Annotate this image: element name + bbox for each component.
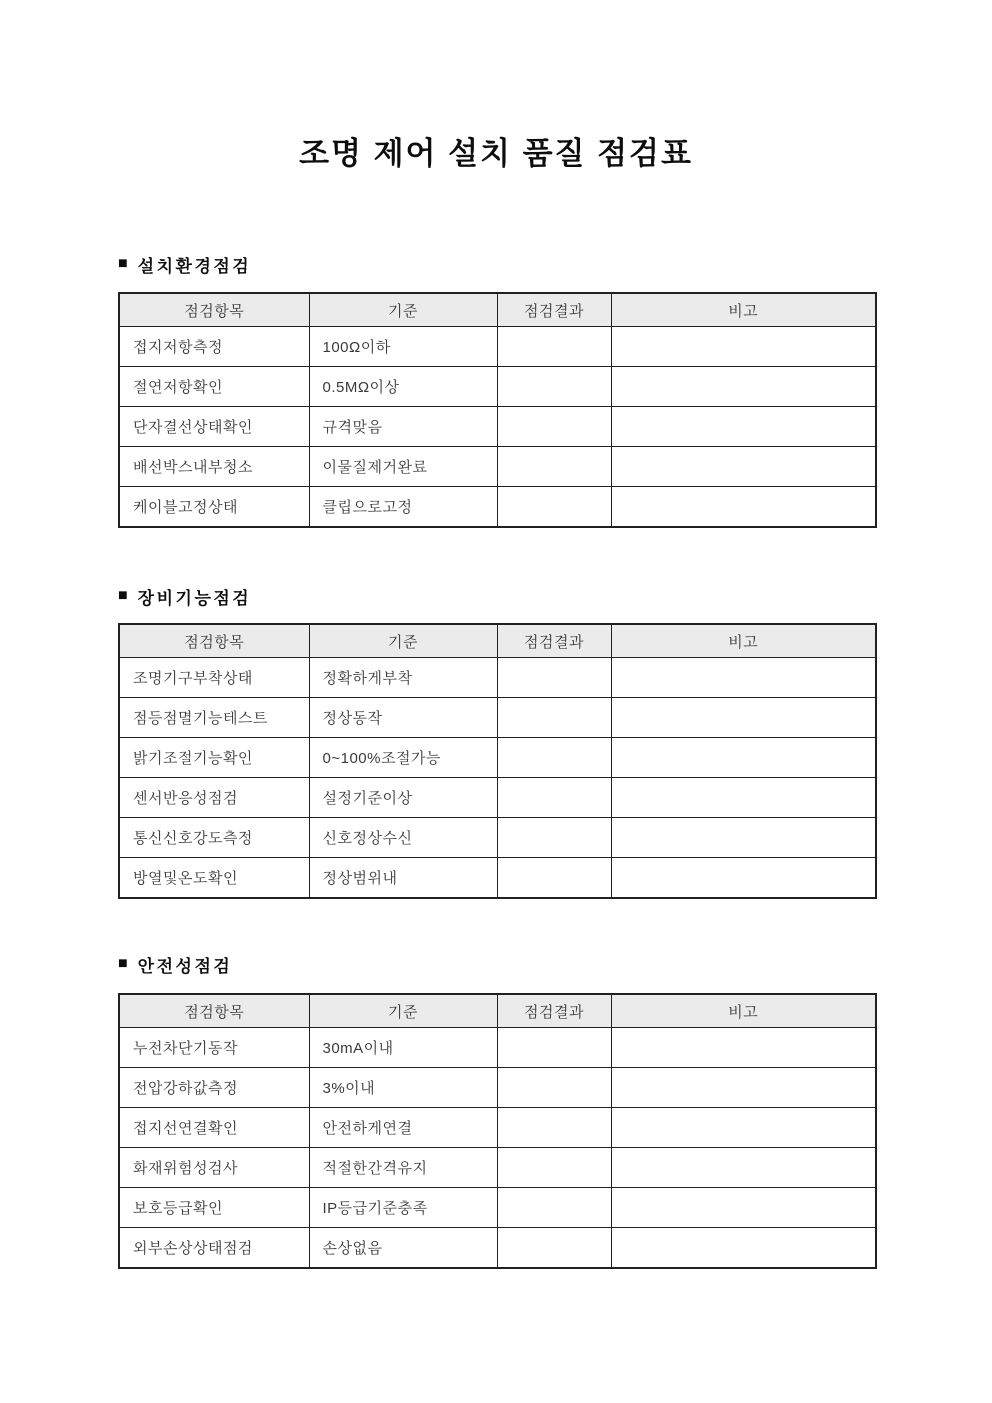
cell-note bbox=[611, 487, 876, 528]
table-row: 화재위험성검사적절한간격유지 bbox=[119, 1148, 876, 1188]
cell-item: 케이블고정상태 bbox=[119, 487, 309, 528]
table-row: 케이블고정상태클립으로고정 bbox=[119, 487, 876, 528]
page-title: 조명 제어 설치 품질 점검표 bbox=[0, 133, 992, 175]
cell-standard: 100Ω이하 bbox=[309, 327, 497, 367]
table-row: 점등점멸기능테스트정상동작 bbox=[119, 698, 876, 738]
cell-standard: 정확하게부착 bbox=[309, 658, 497, 698]
section-bullet-icon: ■ bbox=[118, 956, 128, 972]
table-row: 배선박스내부청소이물질제거완료 bbox=[119, 447, 876, 487]
header-note: 비고 bbox=[611, 994, 876, 1028]
document-page: 조명 제어 설치 품질 점검표 ■설치환경점검점검항목기준점검결과비고접지저항측… bbox=[0, 0, 992, 1403]
table-row: 전압강하값측정3%이내 bbox=[119, 1068, 876, 1108]
cell-result bbox=[497, 818, 611, 858]
cell-item: 단자결선상태확인 bbox=[119, 407, 309, 447]
cell-result bbox=[497, 1108, 611, 1148]
cell-note bbox=[611, 1028, 876, 1068]
section-heading: ■안전성점검 bbox=[118, 952, 876, 976]
cell-standard: 0~100%조절가능 bbox=[309, 738, 497, 778]
cell-note bbox=[611, 1068, 876, 1108]
cell-standard: 설정기준이상 bbox=[309, 778, 497, 818]
cell-result bbox=[497, 738, 611, 778]
cell-result bbox=[497, 1148, 611, 1188]
section-heading: ■설치환경점검 bbox=[118, 252, 876, 276]
table-row: 접지선연결확인안전하게연결 bbox=[119, 1108, 876, 1148]
cell-note bbox=[611, 1228, 876, 1269]
cell-standard: 이물질제거완료 bbox=[309, 447, 497, 487]
cell-item: 밝기조절기능확인 bbox=[119, 738, 309, 778]
cell-standard: 정상동작 bbox=[309, 698, 497, 738]
cell-standard: 손상없음 bbox=[309, 1228, 497, 1269]
cell-note bbox=[611, 698, 876, 738]
table-row: 외부손상상태점검손상없음 bbox=[119, 1228, 876, 1269]
cell-result bbox=[497, 1228, 611, 1269]
checklist-section: ■안전성점검점검항목기준점검결과비고누전차단기동작30mA이내전압강하값측정3%… bbox=[118, 952, 876, 1269]
cell-standard: 3%이내 bbox=[309, 1068, 497, 1108]
table-row: 보호등급확인IP등급기준충족 bbox=[119, 1188, 876, 1228]
cell-note bbox=[611, 858, 876, 899]
cell-item: 접지선연결확인 bbox=[119, 1108, 309, 1148]
cell-standard: IP등급기준충족 bbox=[309, 1188, 497, 1228]
table-row: 센서반응성점검설정기준이상 bbox=[119, 778, 876, 818]
header-standard: 기준 bbox=[309, 624, 497, 658]
cell-standard: 정상범위내 bbox=[309, 858, 497, 899]
cell-result bbox=[497, 778, 611, 818]
cell-result bbox=[497, 698, 611, 738]
header-result: 점검결과 bbox=[497, 293, 611, 327]
cell-item: 방열및온도확인 bbox=[119, 858, 309, 899]
cell-item: 전압강하값측정 bbox=[119, 1068, 309, 1108]
checklist-table: 점검항목기준점검결과비고조명기구부착상태정확하게부착점등점멸기능테스트정상동작밝… bbox=[118, 623, 877, 899]
cell-standard: 30mA이내 bbox=[309, 1028, 497, 1068]
cell-result bbox=[497, 1188, 611, 1228]
header-result: 점검결과 bbox=[497, 624, 611, 658]
table-row: 단자결선상태확인규격맞음 bbox=[119, 407, 876, 447]
cell-item: 점등점멸기능테스트 bbox=[119, 698, 309, 738]
cell-result bbox=[497, 487, 611, 528]
table-row: 누전차단기동작30mA이내 bbox=[119, 1028, 876, 1068]
cell-standard: 신호정상수신 bbox=[309, 818, 497, 858]
cell-note bbox=[611, 818, 876, 858]
cell-result bbox=[497, 447, 611, 487]
header-item: 점검항목 bbox=[119, 624, 309, 658]
cell-item: 화재위험성검사 bbox=[119, 1148, 309, 1188]
section-bullet-icon: ■ bbox=[118, 256, 128, 272]
cell-standard: 안전하게연결 bbox=[309, 1108, 497, 1148]
cell-item: 센서반응성점검 bbox=[119, 778, 309, 818]
header-note: 비고 bbox=[611, 624, 876, 658]
cell-standard: 규격맞음 bbox=[309, 407, 497, 447]
cell-item: 조명기구부착상태 bbox=[119, 658, 309, 698]
table-header-row: 점검항목기준점검결과비고 bbox=[119, 624, 876, 658]
cell-note bbox=[611, 658, 876, 698]
table-row: 밝기조절기능확인0~100%조절가능 bbox=[119, 738, 876, 778]
checklist-table: 점검항목기준점검결과비고누전차단기동작30mA이내전압강하값측정3%이내접지선연… bbox=[118, 993, 877, 1269]
cell-result bbox=[497, 858, 611, 899]
cell-note bbox=[611, 738, 876, 778]
cell-item: 외부손상상태점검 bbox=[119, 1228, 309, 1269]
cell-note bbox=[611, 778, 876, 818]
section-heading-label: 설치환경점검 bbox=[138, 252, 252, 277]
table-row: 접지저항측정100Ω이하 bbox=[119, 327, 876, 367]
cell-item: 절연저항확인 bbox=[119, 367, 309, 407]
table-row: 통신신호강도측정신호정상수신 bbox=[119, 818, 876, 858]
section-bullet-icon: ■ bbox=[118, 588, 128, 604]
section-heading-label: 안전성점검 bbox=[138, 952, 233, 977]
cell-note bbox=[611, 367, 876, 407]
checklist-section: ■장비기능점검점검항목기준점검결과비고조명기구부착상태정확하게부착점등점멸기능테… bbox=[118, 584, 876, 899]
cell-note bbox=[611, 1148, 876, 1188]
cell-item: 누전차단기동작 bbox=[119, 1028, 309, 1068]
table-row: 방열및온도확인정상범위내 bbox=[119, 858, 876, 899]
header-standard: 기준 bbox=[309, 994, 497, 1028]
cell-note bbox=[611, 1108, 876, 1148]
cell-note bbox=[611, 407, 876, 447]
cell-result bbox=[497, 367, 611, 407]
cell-item: 접지저항측정 bbox=[119, 327, 309, 367]
section-heading-label: 장비기능점검 bbox=[138, 584, 252, 609]
header-standard: 기준 bbox=[309, 293, 497, 327]
cell-standard: 클립으로고정 bbox=[309, 487, 497, 528]
cell-note bbox=[611, 1188, 876, 1228]
cell-item: 보호등급확인 bbox=[119, 1188, 309, 1228]
cell-note bbox=[611, 327, 876, 367]
section-heading: ■장비기능점검 bbox=[118, 584, 876, 608]
cell-result bbox=[497, 1068, 611, 1108]
cell-standard: 적절한간격유지 bbox=[309, 1148, 497, 1188]
cell-item: 통신신호강도측정 bbox=[119, 818, 309, 858]
table-row: 절연저항확인0.5MΩ이상 bbox=[119, 367, 876, 407]
table-row: 조명기구부착상태정확하게부착 bbox=[119, 658, 876, 698]
cell-result bbox=[497, 327, 611, 367]
cell-standard: 0.5MΩ이상 bbox=[309, 367, 497, 407]
table-header-row: 점검항목기준점검결과비고 bbox=[119, 293, 876, 327]
cell-note bbox=[611, 447, 876, 487]
header-item: 점검항목 bbox=[119, 293, 309, 327]
cell-item: 배선박스내부청소 bbox=[119, 447, 309, 487]
header-note: 비고 bbox=[611, 293, 876, 327]
header-item: 점검항목 bbox=[119, 994, 309, 1028]
cell-result bbox=[497, 407, 611, 447]
header-result: 점검결과 bbox=[497, 994, 611, 1028]
cell-result bbox=[497, 1028, 611, 1068]
checklist-section: ■설치환경점검점검항목기준점검결과비고접지저항측정100Ω이하절연저항확인0.5… bbox=[118, 252, 876, 528]
checklist-table: 점검항목기준점검결과비고접지저항측정100Ω이하절연저항확인0.5MΩ이상단자결… bbox=[118, 292, 877, 528]
table-header-row: 점검항목기준점검결과비고 bbox=[119, 994, 876, 1028]
cell-result bbox=[497, 658, 611, 698]
